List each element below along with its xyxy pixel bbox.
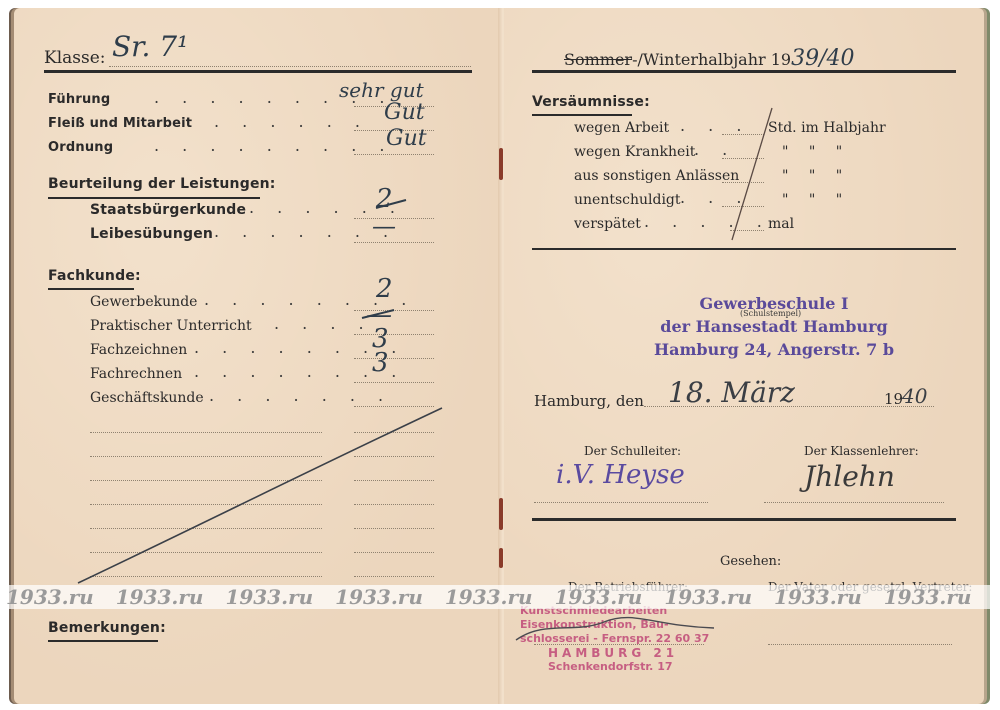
watermark-text: 1933.ru	[225, 585, 313, 609]
watermark-band: 1933.ru 1933.ru 1933.ru 1933.ru 1933.ru …	[0, 585, 1000, 609]
watermark-text: 1933.ru	[884, 585, 972, 609]
staple	[499, 148, 503, 180]
heading-underline	[48, 640, 158, 642]
watermark-text: 1933.ru	[664, 585, 752, 609]
watermark-text: 1933.ru	[335, 585, 423, 609]
staple	[499, 498, 503, 530]
watermark-text: 1933.ru	[6, 585, 94, 609]
watermark-text: 1933.ru	[116, 585, 204, 609]
watermark-text: 1933.ru	[555, 585, 643, 609]
watermark-text: 1933.ru	[445, 585, 533, 609]
staple	[499, 548, 503, 568]
watermark-text: 1933.ru	[774, 585, 862, 609]
remarks-heading: Bemerkungen:	[48, 620, 166, 636]
